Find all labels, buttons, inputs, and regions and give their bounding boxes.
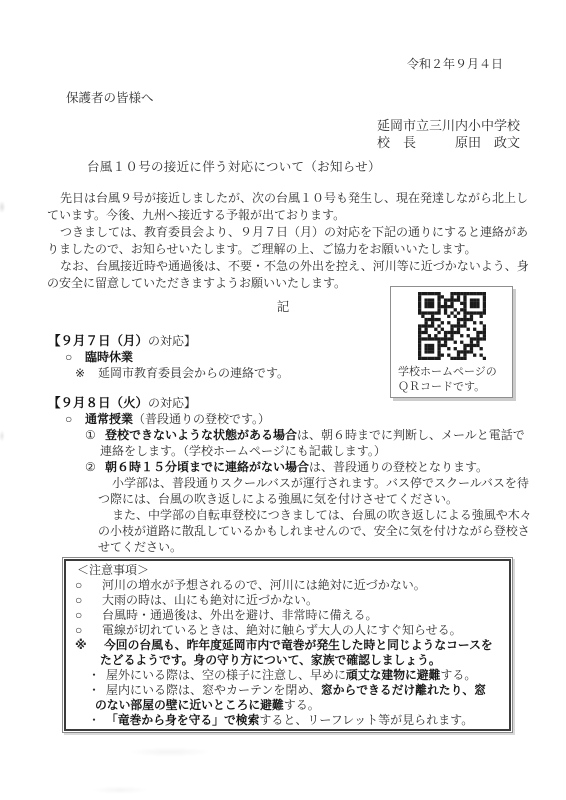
heading-date: 【９月８日（火） — [48, 396, 148, 410]
caution-item-text: 台風時・通過後は、外出を避け、非常時に備える。 — [102, 608, 378, 622]
caution-item: ○河川の増水が予想されるので、河川には絶対に近づかない。 — [72, 578, 503, 593]
qr-caption-line-1: 学校ホームページの — [391, 365, 512, 380]
circle-bullet-marker: ○ — [75, 578, 102, 593]
sep8-subitem-2: ②朝６時１５分頃までに連絡がない場合は、普段通りの登校となります。 — [48, 459, 528, 475]
dot-bullet-marker: ・ — [88, 713, 106, 728]
condition-rest: は、普段通りの登校となります。 — [309, 460, 488, 474]
warning-text: 今回の台風も、昨年度延岡市内で竜巻が発生した時と同じようなコースを — [104, 638, 493, 652]
heading-rest: の対応】 — [148, 334, 196, 348]
tip-text: 屋外にいる際は、空の様子に注意し、早めに — [106, 668, 346, 682]
dot-bullet-marker: ・ — [88, 668, 106, 683]
principal-line: 校 長 原田 政文 — [377, 134, 520, 151]
tornado-warning-line-1: ※今回の台風も、昨年度延岡市内で竜巻が発生した時と同じようなコースを — [72, 638, 503, 653]
circle-bullet-marker: ○ — [65, 349, 85, 365]
scanned-notice-page: 令和２年９月４日 保護者の皆様へ 延岡市立三川内小中学校 校 長 原田 政文 台… — [0, 0, 566, 800]
caution-title: ＜注意事項＞ — [72, 563, 503, 578]
circle-bullet-marker: ○ — [75, 593, 102, 608]
tornado-tip-outdoor: ・屋外にいる際は、空の様子に注意し、早めに頑丈な建物に避難する。 — [72, 668, 503, 683]
intro-line: つきましては、教育委員会より、９月７日（月）の対応を下記の通りにすると連絡があ — [47, 224, 527, 241]
tip-bold: 窓からできるだけ離れたり、窓 — [321, 683, 486, 697]
document-title: 台風１０号の接近に伴う対応について（お知らせ） — [87, 157, 381, 175]
condition-bold: 登校できないような状態がある場合 — [105, 428, 297, 442]
tip-bold: 頑丈な建物に避難 — [346, 668, 440, 682]
tornado-tip-search: ・「竜巻から身を守る」で検索すると、リーフレット等が見られます。 — [72, 713, 503, 728]
condition-rest: は、朝６時までに判断し、メールと電話で — [297, 428, 525, 442]
tip-text: する。 — [440, 668, 476, 682]
qr-code-icon — [418, 292, 486, 360]
numbered-marker-1: ① — [85, 427, 105, 443]
caution-item-text: 大雨の時は、山にも絶対に近づかない。 — [102, 593, 318, 607]
caution-box: ＜注意事項＞ ○河川の増水が予想されるので、河川には絶対に近づかない。 ○大雨の… — [62, 557, 513, 733]
note-marker: ※ — [75, 365, 98, 381]
tip-text: すると、リーフレット等が見られます。 — [259, 713, 473, 727]
caution-item-text: 河川の増水が予想されるので、河川には絶対に近づかない。 — [102, 578, 426, 592]
school-name: 延岡市立三川内小中学校 — [377, 117, 520, 134]
tornado-tip-indoor-line-2: のない部屋の壁に近いところに避難する。 — [72, 698, 503, 713]
caution-item: ○電線が切れているときは、絶対に触らず大人の人にすぐ知らせる。 — [72, 623, 503, 638]
normal-class-label: 通常授業 — [85, 412, 133, 426]
condition-bold: 朝６時１５分頃までに連絡がない場合 — [105, 460, 309, 474]
intro-line: りましたので、お知らせいたします。ご理解の上、ご協力をお願いいたします。 — [47, 241, 527, 258]
normal-class-note: （普段通りの登校です。） — [133, 412, 270, 426]
sep8-subitem-1-continuation: 連絡をします。（学校ホームページにも記載します。） — [48, 443, 528, 459]
caution-item: ○大雨の時は、山にも絶対に近づかない。 — [72, 593, 503, 608]
tip-bold: のない部屋の壁に近いところに避難 — [95, 698, 284, 712]
intro-line: ています。今後、九州へ接近する予報が出ております。 — [47, 207, 527, 224]
recipient-line: 保護者の皆様へ — [66, 88, 154, 106]
sender-block: 延岡市立三川内小中学校 校 長 原田 政文 — [377, 117, 520, 151]
sep8-paragraph-line: つ際には、台風の吹き返しによる強風に気を付けさせてください。 — [48, 491, 528, 507]
sep8-normal-class-item: ○通常授業（普段通りの登校です。） — [48, 411, 528, 427]
sep8-subitem-1: ①登校できないような状態がある場合は、朝６時までに判断し、メールと電話で — [48, 427, 528, 443]
caution-item: ○台風時・通過後は、外出を避け、非常時に備える。 — [72, 608, 503, 623]
intro-paragraphs: 先日は台風９号が接近しましたが、次の台風１０号も発生し、現在発達しながら北上し … — [47, 190, 527, 292]
tip-text: 屋内にいる際は、窓やカーテンを閉め、 — [106, 683, 321, 697]
sep8-paragraph-line: の小枝が道路に散乱しているかもしれませんので、安全に気を付けながら登校さ — [48, 523, 528, 539]
tornado-tip-indoor-line-1: ・屋内にいる際は、窓やカーテンを閉め、窓からできるだけ離れたり、窓 — [72, 683, 503, 698]
heading-rest: の対応】 — [148, 396, 196, 410]
note-text: 延岡市教育委員会からの連絡です。 — [98, 366, 289, 380]
dot-bullet-marker: ・ — [88, 683, 106, 698]
sep8-paragraph-line: せてください。 — [48, 539, 528, 555]
caution-item-text: 電線が切れているときは、絶対に触らず大人の人にすぐ知らせる。 — [102, 623, 462, 637]
caution-box-inner: ＜注意事項＞ ○河川の増水が予想されるので、河川には絶対に近づかない。 ○大雨の… — [64, 559, 511, 731]
circle-bullet-marker: ○ — [75, 608, 102, 623]
numbered-marker-2: ② — [85, 459, 105, 475]
qr-panel: 学校ホームページの ＱＲコードです。 — [390, 286, 513, 398]
intro-line: 先日は台風９号が接近しましたが、次の台風１０号も発生し、現在発達しながら北上し — [47, 190, 527, 207]
closure-label: 臨時休業 — [85, 350, 133, 364]
qr-caption-line-2: ＱＲコードです。 — [391, 380, 512, 395]
tip-bold: 「竜巻から身を守る」で検索 — [106, 713, 259, 727]
circle-bullet-marker: ○ — [75, 623, 102, 638]
tip-text: する。 — [284, 698, 320, 712]
warning-marker: ※ — [75, 638, 104, 653]
issue-date: 令和２年９月４日 — [407, 55, 503, 72]
warning-text: たどるようです。身の守り方について、家族で確認しましょう。 — [100, 653, 441, 667]
tornado-warning-line-2: たどるようです。身の守り方について、家族で確認しましょう。 — [72, 653, 503, 668]
sep8-paragraph-line: 小学部は、普段通りスクールバスが運行されます。バス停でスクールバスを待 — [48, 475, 528, 491]
circle-bullet-marker: ○ — [65, 411, 85, 427]
intro-line: なお、台風接近時や通過後は、不要・不急の外出を控え、河川等に近づかないよう、身 — [47, 258, 527, 275]
heading-date: 【９月７日（月） — [48, 334, 148, 348]
sep8-paragraph-line: また、中学部の自転車登校につきましては、台風の吹き返しによる強風や木々 — [48, 507, 528, 523]
